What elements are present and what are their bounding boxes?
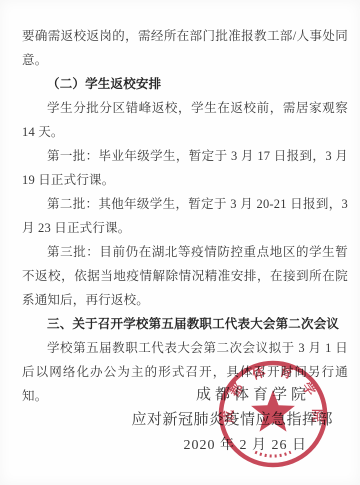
signature-block: 成都体育学院 应对新冠肺炎疫情应急指挥部 2020 年 2 月 26 日: [0, 383, 360, 458]
section-heading: （二）学生返校安排: [22, 72, 348, 96]
paragraph: 要确需返校返岗的，需经所在部门批准报教工部/人事处同意。: [22, 24, 348, 72]
notice-page: 要确需返校返岗的，需经所在部门批准报教工部/人事处同意。（二）学生返校安排学生分…: [0, 0, 360, 485]
document-body: 要确需返校返岗的，需经所在部门批准报教工部/人事处同意。（二）学生返校安排学生分…: [22, 24, 348, 408]
signature-organization: 成都体育学院: [0, 383, 360, 408]
paragraph: 学生分批分区错峰返校，学生在返校前，需居家观察 14 天。: [22, 96, 348, 144]
signature-department: 应对新冠肺炎疫情应急指挥部: [0, 408, 360, 433]
paragraph: 第一批：毕业年级学生，暂定于 3 月 17 日报到，3 月 19 日正式行课。: [22, 144, 348, 192]
signature-date: 2020 年 2 月 26 日: [0, 433, 360, 458]
paragraph: 第三批：目前仍在湖北等疫情防控重点地区的学生暂不返校，依据当地疫情解除情况精准安…: [22, 240, 348, 312]
paragraph: 第二批：其他年级学生，暂定于 3 月 20-21 日报到，3 月 23 日正式行…: [22, 192, 348, 240]
section-heading: 三、关于召开学校第五届教职工代表大会第二次会议: [22, 312, 348, 336]
